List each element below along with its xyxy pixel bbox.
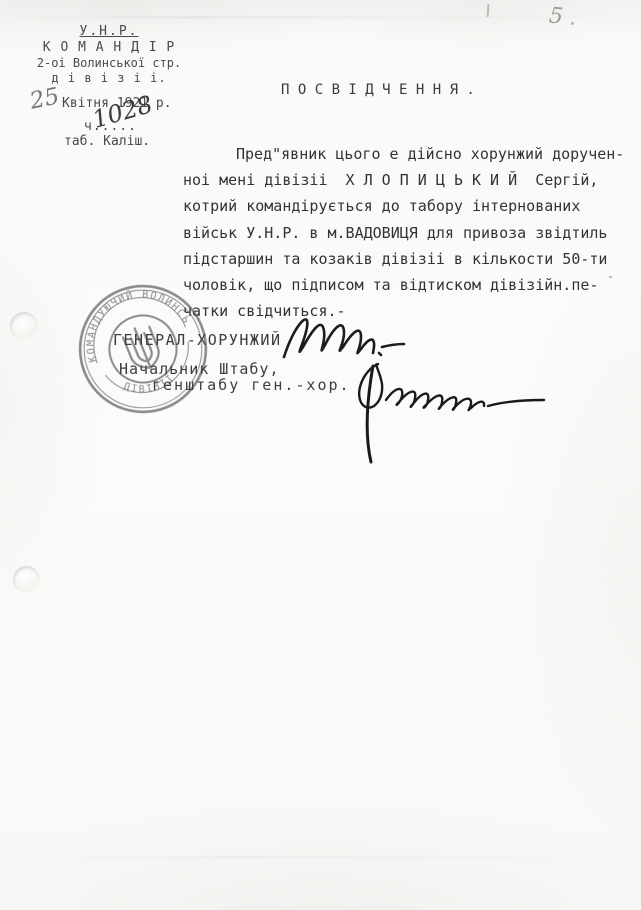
punch-hole-bottom: [13, 566, 40, 593]
general-rank-label: ГЕНЕРАЛ-ХОРУНЖИЙ: [113, 331, 282, 349]
body-line: підстаршин та козаків дівізіі в кількост…: [183, 246, 641, 272]
letterhead: У.Н.Р. К О М А Н Д І Р 2-оі Волинської с…: [0, 24, 218, 85]
body-paragraph: Пред"явник цього е дійсно хорунжий доруч…: [183, 141, 641, 324]
paper-speck: [609, 276, 612, 278]
document-title: П О С В І Д Ч Е Н Н Я .: [281, 82, 475, 98]
svg-text:КОМАНДУЮЧИЙ ВОЛИНСЬКОЇ: КОМАНДУЮЧИЙ ВОЛИНСЬКОЇ: [51, 257, 193, 372]
letterhead-org: У.Н.Р.: [0, 24, 218, 39]
body-line: котрий командірується до табору інтернов…: [183, 193, 641, 219]
body-line: ноі мені дівізіі Х Л О П И Ц Ь К И Й Сер…: [183, 167, 641, 193]
document-page: У.Н.Р. К О М А Н Д І Р 2-оі Волинської с…: [0, 0, 641, 910]
stamp-arc-text-top: КОМАНДУЮЧИЙ ВОЛИНСЬКОЇ: [51, 257, 193, 372]
body-line: військ У.Н.Р. в м.ВАДОВИЦЯ для привоза з…: [183, 220, 641, 246]
chief-of-staff-line2: генштабу ген.-хор.: [152, 376, 351, 394]
letterhead-location: таб. Каліш.: [64, 134, 150, 149]
letterhead-division-line2: д і в і з і і.: [0, 71, 218, 85]
punch-hole-top: [10, 312, 38, 340]
body-line: Пред"явник цього е дійсно хорунжий доруч…: [183, 141, 641, 167]
letterhead-commander: К О М А Н Д І Р: [0, 40, 218, 55]
signature-chief-icon: [344, 348, 552, 466]
letterhead-division-line1: 2-оі Волинської стр.: [0, 56, 218, 70]
body-line: чоловік, що підписом та відтиском дівізі…: [183, 272, 641, 298]
paper-crease-top: [0, 16, 641, 19]
handwritten-day: 25: [28, 83, 62, 115]
body-line: чатки свідчиться.-: [183, 298, 641, 324]
page-number-mark: 5: [548, 3, 565, 29]
paper-speck: [571, 22, 574, 25]
paper-crease-bottom: [0, 856, 641, 859]
